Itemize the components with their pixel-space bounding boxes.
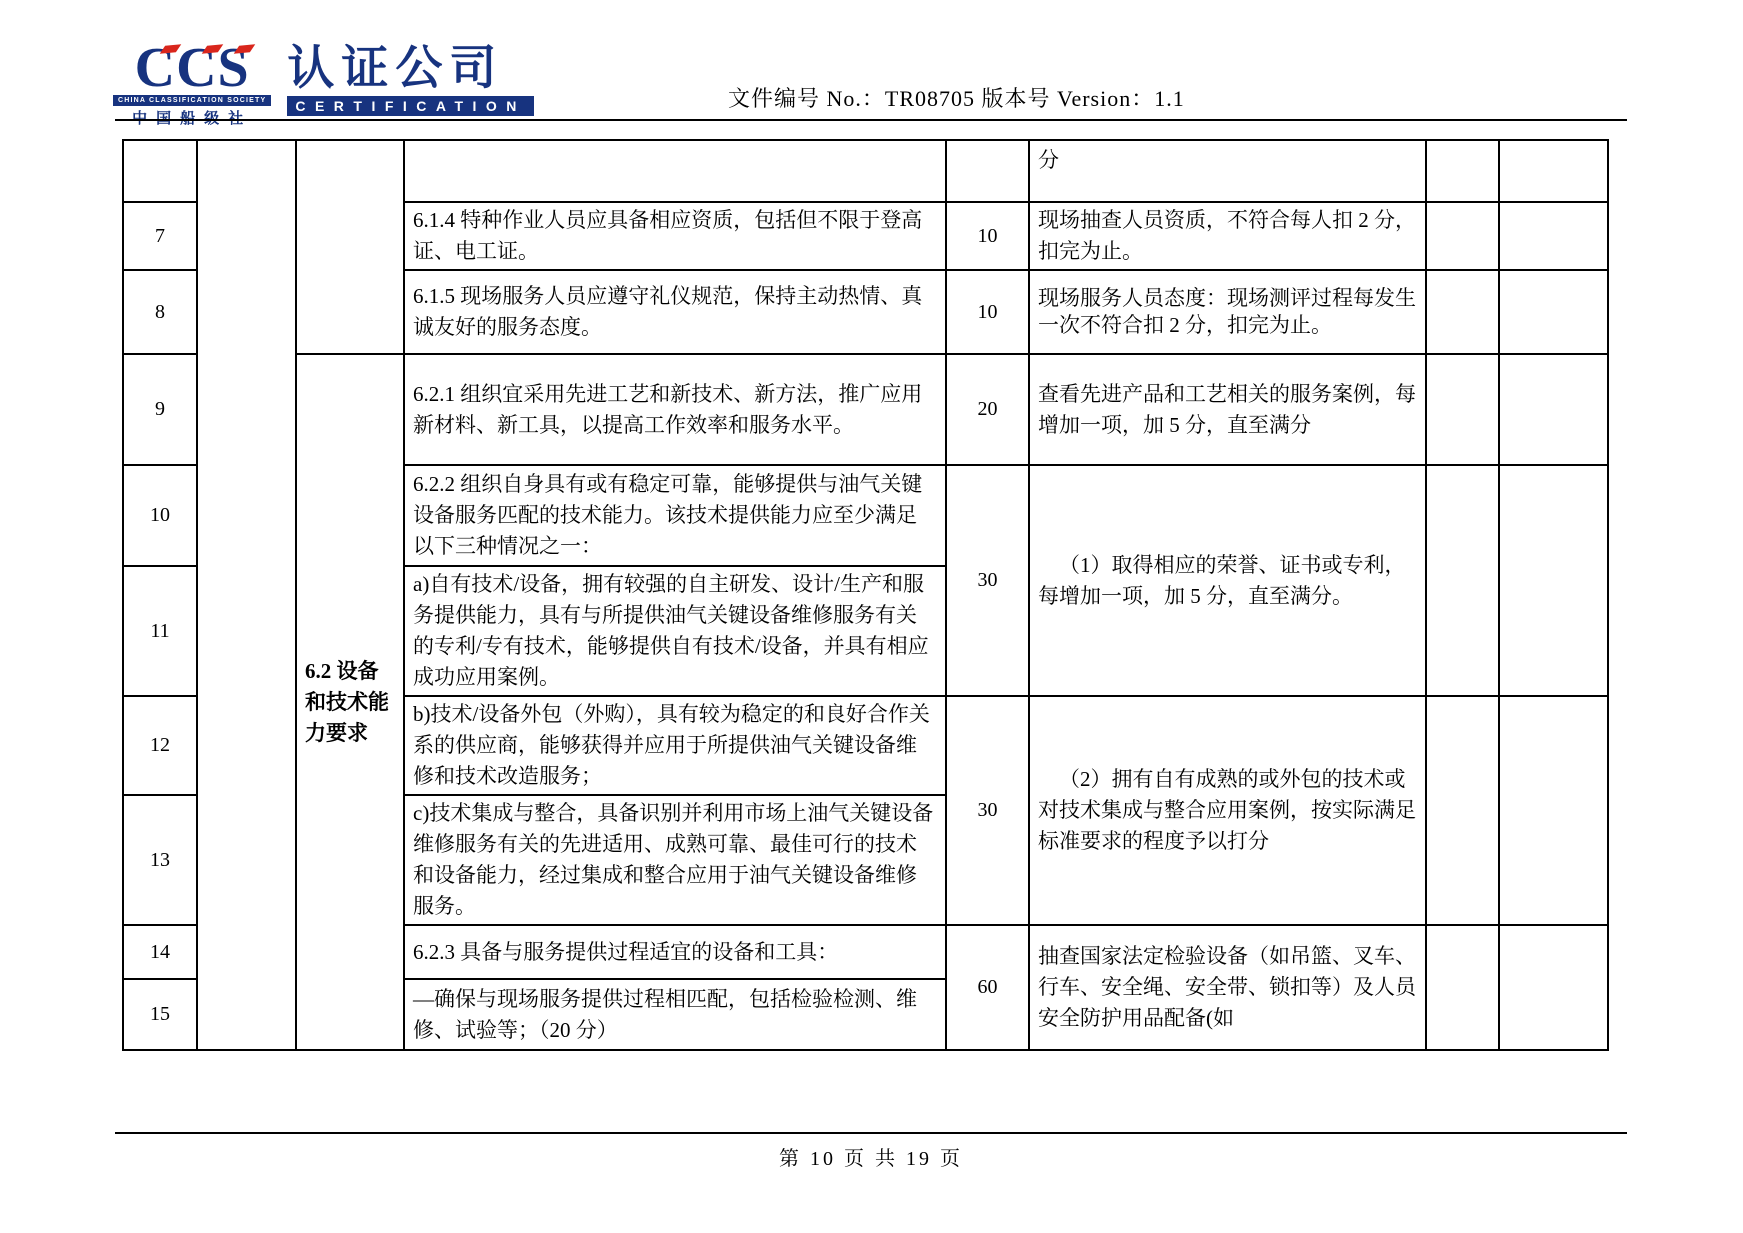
requirement-cell: 6.1.5 现场服务人员应遵守礼仪规范，保持主动热情、真诚友好的服务态度。 [404, 270, 946, 354]
document-number: 文件编号 No.：TR08705 版本号 Version：1.1 [728, 82, 1185, 113]
row-number-cell: 15 [123, 979, 197, 1050]
ccs-logo: C C S CHINA CLASSIFICATION SOCIETY 中国船级社… [113, 44, 534, 128]
certification-company-cn: 认证公司 [287, 46, 534, 93]
ccs-wordmark: C C S [135, 44, 250, 93]
score-cell: 30 [946, 465, 1029, 696]
evaluation-table: 分 7 6.1.4 特种作业人员应具备相应资质，包括但不限于登高证、电工证。 1… [122, 139, 1609, 1051]
requirement-cell [404, 140, 946, 202]
result-cell [1426, 696, 1499, 925]
result-cell [1426, 354, 1499, 465]
score-cell: 10 [946, 270, 1029, 354]
table-row: 分 [123, 140, 1608, 202]
score-cell: 60 [946, 925, 1029, 1050]
requirement-cell: 6.2.3 具备与服务提供过程适宜的设备和工具： [404, 925, 946, 979]
header-rule [115, 119, 1627, 121]
row-number-cell: 13 [123, 795, 197, 925]
row-number-cell: 11 [123, 566, 197, 696]
remark-cell [1499, 925, 1608, 1050]
requirement-cell: 6.1.4 特种作业人员应具备相应资质，包括但不限于登高证、电工证。 [404, 202, 946, 270]
row-number-cell: 9 [123, 354, 197, 465]
remark-cell [1499, 202, 1608, 270]
footer-rule [115, 1132, 1627, 1134]
society-name-cn: 中国船级社 [132, 107, 252, 128]
ccs-letter: S [218, 44, 250, 93]
result-cell [1426, 270, 1499, 354]
section-column-cell [197, 140, 296, 1050]
document-page: C C S CHINA CLASSIFICATION SOCIETY 中国船级社… [0, 0, 1743, 1233]
score-cell: 20 [946, 354, 1029, 465]
score-cell: 30 [946, 696, 1029, 925]
result-cell [1426, 465, 1499, 696]
result-cell [1426, 925, 1499, 1050]
ccs-logo-left: C C S CHINA CLASSIFICATION SOCIETY 中国船级社 [113, 44, 271, 128]
certification-label-en: CERTIFICATION [287, 96, 534, 116]
criteria-cell: （2）拥有自有成熟的或外包的技术或对技术集成与整合应用案例，按实际满足标准要求的… [1029, 696, 1426, 925]
requirement-cell: 6.2.2 组织自身具有或有稳定可靠，能够提供与油气关键设备服务匹配的技术能力。… [404, 465, 946, 566]
ccs-letter: C [135, 44, 176, 93]
ccs-logo-right: 认证公司 CERTIFICATION [287, 46, 534, 116]
row-number-cell: 10 [123, 465, 197, 566]
remark-cell [1499, 270, 1608, 354]
requirement-cell: a)自有技术/设备，拥有较强的自主研发、设计/生产和服务提供能力，具有与所提供油… [404, 566, 946, 696]
row-number-cell: 8 [123, 270, 197, 354]
remark-cell [1499, 354, 1608, 465]
requirement-cell: 6.2.1 组织宜采用先进工艺和新技术、新方法，推广应用新材料、新工具，以提高工… [404, 354, 946, 465]
row-number-cell: 7 [123, 202, 197, 270]
row-number-cell: 14 [123, 925, 197, 979]
category-cell: 6.2 设备和技术能力要求 [296, 354, 404, 1050]
ccs-letter: C [176, 44, 217, 93]
remark-cell [1499, 465, 1608, 696]
criteria-cell: 现场服务人员态度：现场测评过程每发生一次不符合扣 2 分，扣完为止。 [1029, 270, 1426, 354]
score-cell [946, 140, 1029, 202]
score-cell: 10 [946, 202, 1029, 270]
page-number: 第 10 页 共 19 页 [115, 1142, 1627, 1171]
criteria-cell: 抽查国家法定检验设备（如吊篮、叉车、行车、安全绳、安全带、锁扣等）及人员安全防护… [1029, 925, 1426, 1050]
requirement-cell: c)技术集成与整合，具备识别并利用市场上油气关键设备维修服务有关的先进适用、成熟… [404, 795, 946, 925]
table-row: 9 6.2 设备和技术能力要求 6.2.1 组织宜采用先进工艺和新技术、新方法，… [123, 354, 1608, 465]
result-cell [1426, 202, 1499, 270]
criteria-cell: 分 [1029, 140, 1426, 202]
requirement-cell: b)技术/设备外包（外购），具有较为稳定的和良好合作关系的供应商，能够获得并应用… [404, 696, 946, 795]
criteria-cell: 查看先进产品和工艺相关的服务案例，每增加一项，加 5 分，直至满分 [1029, 354, 1426, 465]
result-cell [1426, 140, 1499, 202]
category-cell-empty [296, 140, 404, 354]
criteria-cell: 现场抽查人员资质，不符合每人扣 2 分，扣完为止。 [1029, 202, 1426, 270]
requirement-cell: —确保与现场服务提供过程相匹配，包括检验检测、维修、试验等；（20 分） [404, 979, 946, 1050]
row-number-cell: 12 [123, 696, 197, 795]
criteria-cell: （1）取得相应的荣誉、证书或专利，每增加一项，加 5 分，直至满分。 [1029, 465, 1426, 696]
row-number-cell [123, 140, 197, 202]
remark-cell [1499, 696, 1608, 925]
remark-cell [1499, 140, 1608, 202]
